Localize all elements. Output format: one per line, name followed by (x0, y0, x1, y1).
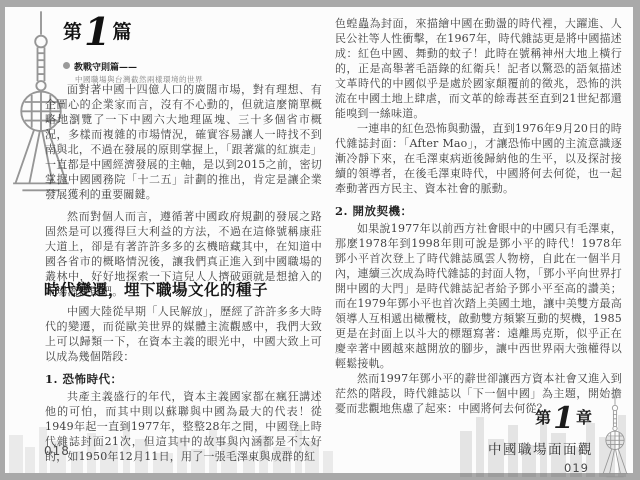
section-heading: 時代變遷，埋下職場文化的種子 (44, 278, 268, 300)
chapter-suffix: 章 (576, 408, 593, 427)
chapter-prefix: 第 (535, 408, 552, 427)
subsection-title: 1. 恐怖時代： (45, 372, 322, 387)
bullet-icon (63, 62, 70, 69)
left-page-body: 面對著中國十四億人口的廣闊市場，對有理想、有企圖心的企業家而言，沒有不心動的，但… (45, 82, 322, 299)
part-suffix: 篇 (112, 21, 132, 43)
left-page-section-body: 中國大陸從早期「人民解放」，歷經了許許多多大時代的變遷，而從歐美世界的媒體主流觀… (45, 304, 322, 464)
chapter-title: 中國職場面面觀 (488, 438, 593, 458)
paragraph: 如果說1977年以前西方社會眼中的中國只有毛澤東，那麼1978年到1998年則可… (335, 221, 622, 371)
chapter-marker: 第1章 中國職場面面觀 019 (488, 401, 593, 475)
book-spread-scan: 第1篇 教戰守則篇—— 中國職場與台灣截然兩樣環境的世界 面對著中國十四億人口的… (0, 0, 640, 480)
chapter-number-line: 第1章 (488, 401, 593, 436)
chapter-number: 1 (553, 401, 575, 436)
paragraph: 色蝗蟲為封面，來描繪中國在動盪的時代裡，大躍進、人民公社等人性衝擊，在1967年… (335, 16, 622, 121)
page-number-left: 018 (44, 444, 70, 458)
part-number: 1 (84, 9, 111, 54)
series-title: 教戰守則篇—— (74, 63, 137, 73)
book-pages: 第1篇 教戰守則篇—— 中國職場與台灣截然兩樣環境的世界 面對著中國十四億人口的… (5, 7, 633, 473)
paragraph: 一連串的紅色恐怖與動盪，直到1976年9月20日的時代雜誌封面：「After M… (335, 121, 622, 196)
paragraph: 共產主義盛行的年代，資本主義國家都在瘋狂講述他的可怕，而其中則以蘇聯與中國為最大… (45, 389, 322, 464)
part-prefix: 第 (63, 21, 83, 43)
page-number-right: 019 (488, 461, 589, 475)
series-title-line: 教戰守則篇—— (63, 55, 203, 74)
part-header: 第1篇 教戰守則篇—— 中國職場與台灣截然兩樣環境的世界 (63, 9, 203, 85)
paragraph: 中國大陸從早期「人民解放」，歷經了許許多多大時代的變遷，而從歐美世界的媒體主流觀… (45, 304, 322, 364)
right-page-body: 色蝗蟲為封面，來描繪中國在動盪的時代裡，大躍進、人民公社等人性衝擊，在1967年… (335, 16, 622, 416)
paragraph: 面對著中國十四億人口的廣闊市場，對有理想、有企圖心的企業家而言，沒有不心動的，但… (45, 82, 322, 202)
subsection-title: 2. 開放契機： (335, 204, 622, 219)
part-title: 第1篇 (63, 9, 203, 54)
